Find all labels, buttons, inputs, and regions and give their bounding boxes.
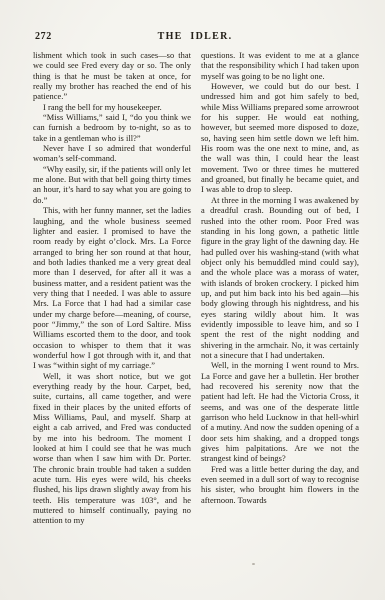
right-column: questions. It was evident to me at a gla… — [201, 51, 359, 527]
running-head: 272 THE IDLER. — [35, 31, 355, 45]
paragraph: This, with her funny manner, set the lad… — [33, 206, 191, 372]
paragraph: Never have I so admired that wonderful w… — [33, 144, 191, 165]
text-columns: lishment which took in such cases—so tha… — [33, 51, 359, 527]
paragraph: questions. It was evident to me at a gla… — [201, 51, 359, 82]
paragraph: “Miss Williams,” said I, “do you think w… — [33, 113, 191, 144]
paragraph: At three in the morning I was awakened b… — [201, 196, 359, 362]
paragraph: Well, in the morning I went round to Mrs… — [201, 361, 359, 464]
paragraph: I rang the bell for my housekeeper. — [33, 103, 191, 113]
book-page: 272 THE IDLER. lishment which took in su… — [0, 0, 385, 600]
paragraph: “Why easily, sir, if the patients will o… — [33, 165, 191, 206]
paragraph: However, we could but do our best. I und… — [201, 82, 359, 196]
page-header-title: THE IDLER. — [35, 31, 355, 42]
scan-speck — [252, 563, 255, 565]
left-column: lishment which took in such cases—so tha… — [33, 51, 191, 527]
paragraph: Fred was a little better during the day,… — [201, 465, 359, 506]
paragraph: lishment which took in such cases—so tha… — [33, 51, 191, 103]
paragraph: Well, it was short notice, but we got ev… — [33, 372, 191, 527]
